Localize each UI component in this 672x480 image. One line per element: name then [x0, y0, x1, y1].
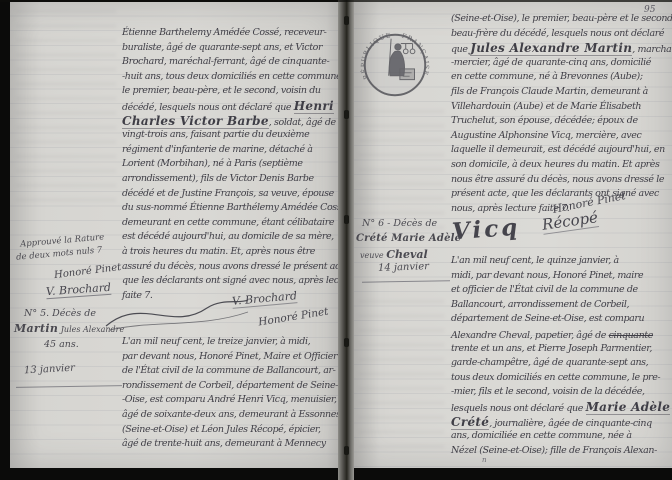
text-line: Augustine Alphonsine Vicq, mercière, ave… — [451, 129, 672, 144]
text-line: son domicile, à deux heures du matin. Et… — [451, 158, 672, 173]
text-line: L'an mil neuf cent, le treize janvier, à… — [122, 335, 340, 350]
text-line: lesquels nous ont déclaré que Marie Adèl… — [451, 400, 670, 415]
republique-francaise-stamp: RÉPUBLIQUE FRANÇAISE — [356, 26, 434, 104]
act4-continuation-text: Étienne Barthelemy Amédée Cossé, receveu… — [122, 26, 340, 303]
text-line: Brochard, maréchal-ferrant, âgé de cinqu… — [122, 55, 340, 70]
text-line: demeurant en cette commune, étant céliba… — [122, 216, 340, 231]
text-line: (Seine-et-Oise) et Léon Jules Récopé, ép… — [122, 423, 340, 438]
text-line: (Seine-et-Oise), le premier, beau-père e… — [451, 12, 672, 27]
text-line: -huit ans, tous deux domiciliés en cette… — [122, 70, 340, 85]
text-line: par devant nous, Honoré Pinet, Maire et … — [122, 350, 340, 365]
catchword: n — [482, 456, 487, 464]
act5-opening-text: L'an mil neuf cent, le treize janvier, à… — [122, 335, 340, 452]
text-line: fils de François Claude Martin, demeuran… — [451, 85, 672, 100]
text-line: beau-frère du décédé, lesquels nous ont … — [451, 27, 672, 42]
text-line: présent acte, que les déclarants ont sig… — [451, 187, 672, 202]
text-line: du sus-nommé Étienne Barthélemy Amédée C… — [122, 201, 340, 216]
left-page: Approuvé la Rature de deux mots nuls 7 H… — [10, 2, 340, 468]
ink-bleedthrough — [358, 300, 444, 450]
text-line: Truchelut, son épouse, décédée; époux de — [451, 114, 672, 129]
text-line: Ballancourt, arrondissement de Corbeil, — [451, 298, 670, 313]
text-line: assuré du décès, nous avons dressé le pr… — [122, 260, 340, 275]
text-line: midi, par devant nous, Honoré Pinet, mai… — [451, 269, 670, 284]
margin-act6-label: N° 6 - Décès de — [362, 218, 437, 229]
act5-continuation-text: (Seine-et-Oise), le premier, beau-père e… — [451, 12, 672, 216]
text-line: Villehardouin (Aube) et de Marie Élisabe… — [451, 100, 672, 115]
text-line: âgé de trente-huit ans, demeurant à Menn… — [122, 437, 340, 452]
text-line: tous deux domiciliés en cette commune, l… — [451, 371, 670, 386]
margin-act5-age: 45 ans. — [44, 339, 79, 350]
binding-stitch — [344, 446, 349, 455]
binding-stitch — [344, 110, 349, 119]
text-line: -mercier, âgé de quarante-cinq ans, domi… — [451, 56, 672, 71]
text-line: âgé de soixante-deux ans, demeurant à Es… — [122, 408, 340, 423]
text-line: Alexandre Cheval, papetier, âgé de cinqu… — [451, 327, 670, 342]
register-scan: Approuvé la Rature de deux mots nuls 7 H… — [0, 0, 672, 480]
text-line: ans, domiciliée en cette commune, née à — [451, 429, 670, 444]
text-line: Crété, journalière, âgée de cinquante-ci… — [451, 415, 670, 430]
text-line: trente et un ans, et Pierre Joseph Parme… — [451, 342, 670, 357]
act6-opening-text: L'an mil neuf cent, le quinze janvier, à… — [451, 254, 670, 458]
text-line: Étienne Barthelemy Amédée Cossé, receveu… — [122, 26, 340, 41]
text-line: est décédé aujourd'hui, au domicile de s… — [122, 230, 340, 245]
text-line: vingt-trois ans, faisant partie du deuxi… — [122, 128, 340, 143]
text-line: décédé, lesquels nous ont déclaré que He… — [122, 99, 340, 114]
margin-act6-widow: veuve Cheval — [360, 248, 428, 261]
text-line: que Jules Alexandre Martin, marchand- — [451, 41, 672, 56]
ink-bleedthrough — [16, 10, 116, 210]
binding-stitch — [344, 16, 349, 25]
text-line: décédé et de Justine François, sa veuve,… — [122, 187, 340, 202]
text-line: de l'État civil de la commune de Ballanc… — [122, 364, 340, 379]
text-line: L'an mil neuf cent, le quinze janvier, à — [451, 254, 670, 269]
text-line: régiment d'infanterie de marine, détaché… — [122, 143, 340, 158]
text-line: laquelle il demeurait, est décédé aujour… — [451, 143, 672, 158]
binding-stitch — [344, 215, 349, 224]
text-line: arrondissement), fils de Victor Denis Ba… — [122, 172, 340, 187]
photo-top-edge — [0, 0, 672, 2]
margin-act6-date: 14 janvier — [378, 261, 429, 274]
text-line: département de Seine-et-Oise, est compar… — [451, 312, 670, 327]
paraphe-flourish-icon — [102, 294, 252, 334]
text-line: que les déclarants ont signé avec nous, … — [122, 274, 340, 289]
text-line: en cette commune, né à Brevonnes (Aube); — [451, 70, 672, 85]
binding-gutter — [338, 0, 354, 480]
margin-act5-surname: Martin — [14, 322, 58, 335]
right-page: 95 RÉPUBLIQUE FRANÇAISE — [354, 0, 672, 468]
text-line: Charles Victor Barbe, soldat, âgé de — [122, 114, 340, 129]
margin-act6-name: Crété Marie Adèle — [356, 233, 461, 244]
ink-bleedthrough — [358, 110, 444, 230]
text-line: -mier, fils et le second, voisin de la d… — [451, 385, 670, 400]
margin-act5-label: N° 5. Décès de — [24, 308, 96, 319]
text-line: à trois heures du matin. Et, après nous … — [122, 245, 340, 260]
text-line: -Oise, est comparu André Henri Vicq, men… — [122, 393, 340, 408]
text-line: garde-champêtre, âgé de quarante-sept an… — [451, 356, 670, 371]
margin-act6-widow-name: Cheval — [386, 248, 427, 261]
act5-signature-vicq: Vicq — [451, 214, 521, 246]
text-line: le premier, beau-père, et le second, voi… — [122, 84, 340, 99]
text-line: Lorient (Morbihan), né à Paris (septième — [122, 157, 340, 172]
text-line: et officier de l'État civil de la commun… — [451, 283, 670, 298]
text-line: rondissement de Corbeil, département de … — [122, 379, 340, 394]
text-line: nous être assuré du décès, nous avons dr… — [451, 173, 672, 188]
binding-stitch — [344, 338, 349, 347]
text-line: buraliste, âgé de quarante-sept ans, et … — [122, 41, 340, 56]
margin-act6-widow-prefix: veuve — [360, 251, 384, 260]
